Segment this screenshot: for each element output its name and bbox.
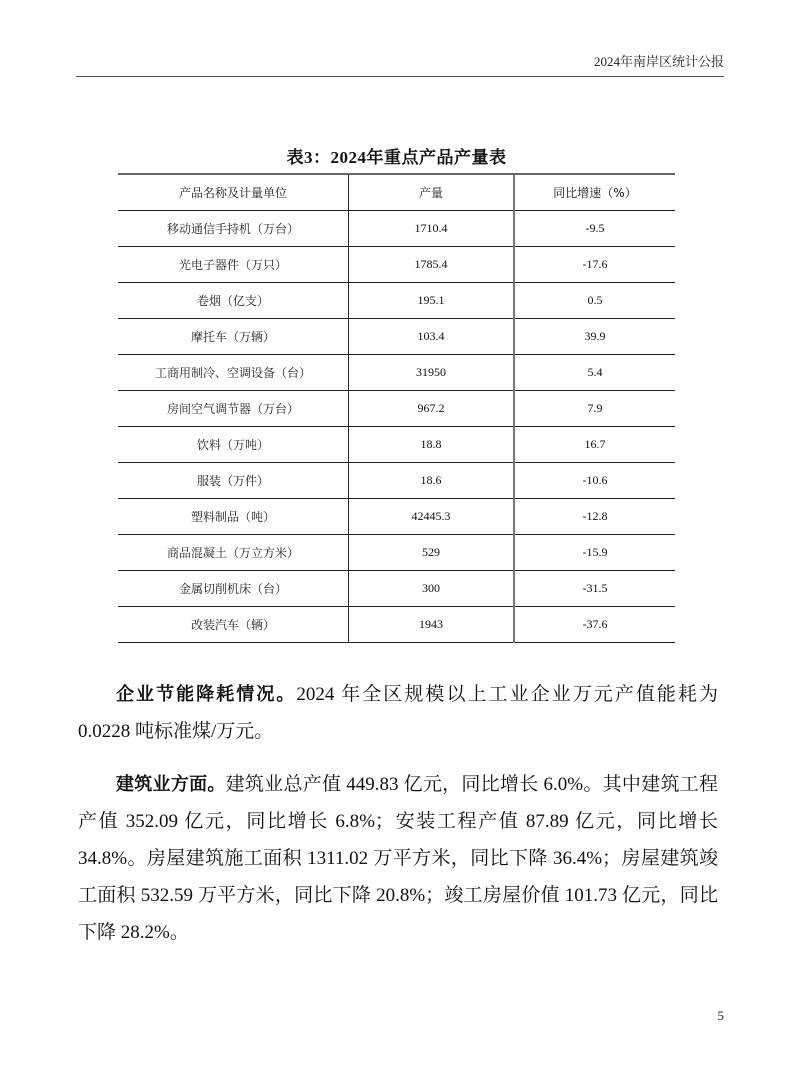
- product-name: 摩托车（万辆）: [118, 319, 349, 355]
- table-row: 移动通信手持机（万台） 1710.4 -9.5: [118, 211, 675, 247]
- table-row: 改装汽车（辆） 1943 -37.6: [118, 607, 675, 643]
- table-row: 摩托车（万辆） 103.4 39.9: [118, 319, 675, 355]
- energy-saving-lead: 企业节能降耗情况。: [116, 684, 296, 705]
- construction-body: 建筑业总产值 449.83 亿元，同比增长 6.0%。其中建筑工程产值 352.…: [78, 774, 718, 943]
- product-name: 房间空气调节器（万台）: [118, 391, 349, 427]
- table-row: 工商用制冷、空调设备（台） 31950 5.4: [118, 355, 675, 391]
- table-row: 商品混凝土（万立方米） 529 -15.9: [118, 535, 675, 571]
- product-name: 商品混凝土（万立方米）: [118, 535, 349, 571]
- construction-lead: 建筑业方面。: [116, 774, 226, 795]
- product-growth: -15.9: [514, 535, 675, 571]
- column-header-output: 产量: [349, 174, 515, 211]
- product-output: 967.2: [349, 391, 515, 427]
- product-output: 1943: [349, 607, 515, 643]
- table-title: 表3：2024年重点产品产量表: [118, 146, 675, 170]
- product-growth: -12.8: [514, 499, 675, 535]
- product-growth: 5.4: [514, 355, 675, 391]
- product-output: 1710.4: [349, 211, 515, 247]
- product-growth: -37.6: [514, 607, 675, 643]
- product-growth: -31.5: [514, 571, 675, 607]
- table-row: 服装（万件） 18.6 -10.6: [118, 463, 675, 499]
- product-output: 195.1: [349, 283, 515, 319]
- table-row: 卷烟（亿支） 195.1 0.5: [118, 283, 675, 319]
- running-header: 2024年南岸区统计公报: [76, 52, 724, 77]
- product-output: 31950: [349, 355, 515, 391]
- product-growth: -10.6: [514, 463, 675, 499]
- product-growth: 16.7: [514, 427, 675, 463]
- energy-saving-paragraph: 企业节能降耗情况。2024 年全区规模以上工业企业万元产值能耗为 0.0228 …: [78, 676, 718, 750]
- table-row: 光电子器件（万只） 1785.4 -17.6: [118, 247, 675, 283]
- product-name: 移动通信手持机（万台）: [118, 211, 349, 247]
- table-row: 金属切削机床（台） 300 -31.5: [118, 571, 675, 607]
- product-name: 改装汽车（辆）: [118, 607, 349, 643]
- product-output: 18.6: [349, 463, 515, 499]
- product-growth: 0.5: [514, 283, 675, 319]
- product-name: 服装（万件）: [118, 463, 349, 499]
- product-output: 1785.4: [349, 247, 515, 283]
- column-header-growth: 同比增速（%）: [514, 174, 675, 211]
- product-growth: 39.9: [514, 319, 675, 355]
- table-row: 饮料（万吨） 18.8 16.7: [118, 427, 675, 463]
- product-output: 529: [349, 535, 515, 571]
- product-output: 18.8: [349, 427, 515, 463]
- product-name: 塑料制品（吨）: [118, 499, 349, 535]
- product-output: 103.4: [349, 319, 515, 355]
- product-growth: -9.5: [514, 211, 675, 247]
- product-name: 金属切削机床（台）: [118, 571, 349, 607]
- column-header-product: 产品名称及计量单位: [118, 174, 349, 211]
- construction-paragraph: 建筑业方面。建筑业总产值 449.83 亿元，同比增长 6.0%。其中建筑工程产…: [78, 766, 718, 951]
- table-row: 房间空气调节器（万台） 967.2 7.9: [118, 391, 675, 427]
- table-header-row: 产品名称及计量单位 产量 同比增速（%）: [118, 174, 675, 211]
- product-name: 饮料（万吨）: [118, 427, 349, 463]
- running-header-title: 2024年南岸区统计公报: [594, 54, 724, 69]
- product-name: 卷烟（亿支）: [118, 283, 349, 319]
- product-growth: -17.6: [514, 247, 675, 283]
- product-growth: 7.9: [514, 391, 675, 427]
- product-name: 光电子器件（万只）: [118, 247, 349, 283]
- product-output: 300: [349, 571, 515, 607]
- product-output-table: 产品名称及计量单位 产量 同比增速（%） 移动通信手持机（万台） 1710.4 …: [118, 173, 675, 643]
- product-output: 42445.3: [349, 499, 515, 535]
- table-row: 塑料制品（吨） 42445.3 -12.8: [118, 499, 675, 535]
- product-name: 工商用制冷、空调设备（台）: [118, 355, 349, 391]
- page-number: 5: [700, 1008, 724, 1024]
